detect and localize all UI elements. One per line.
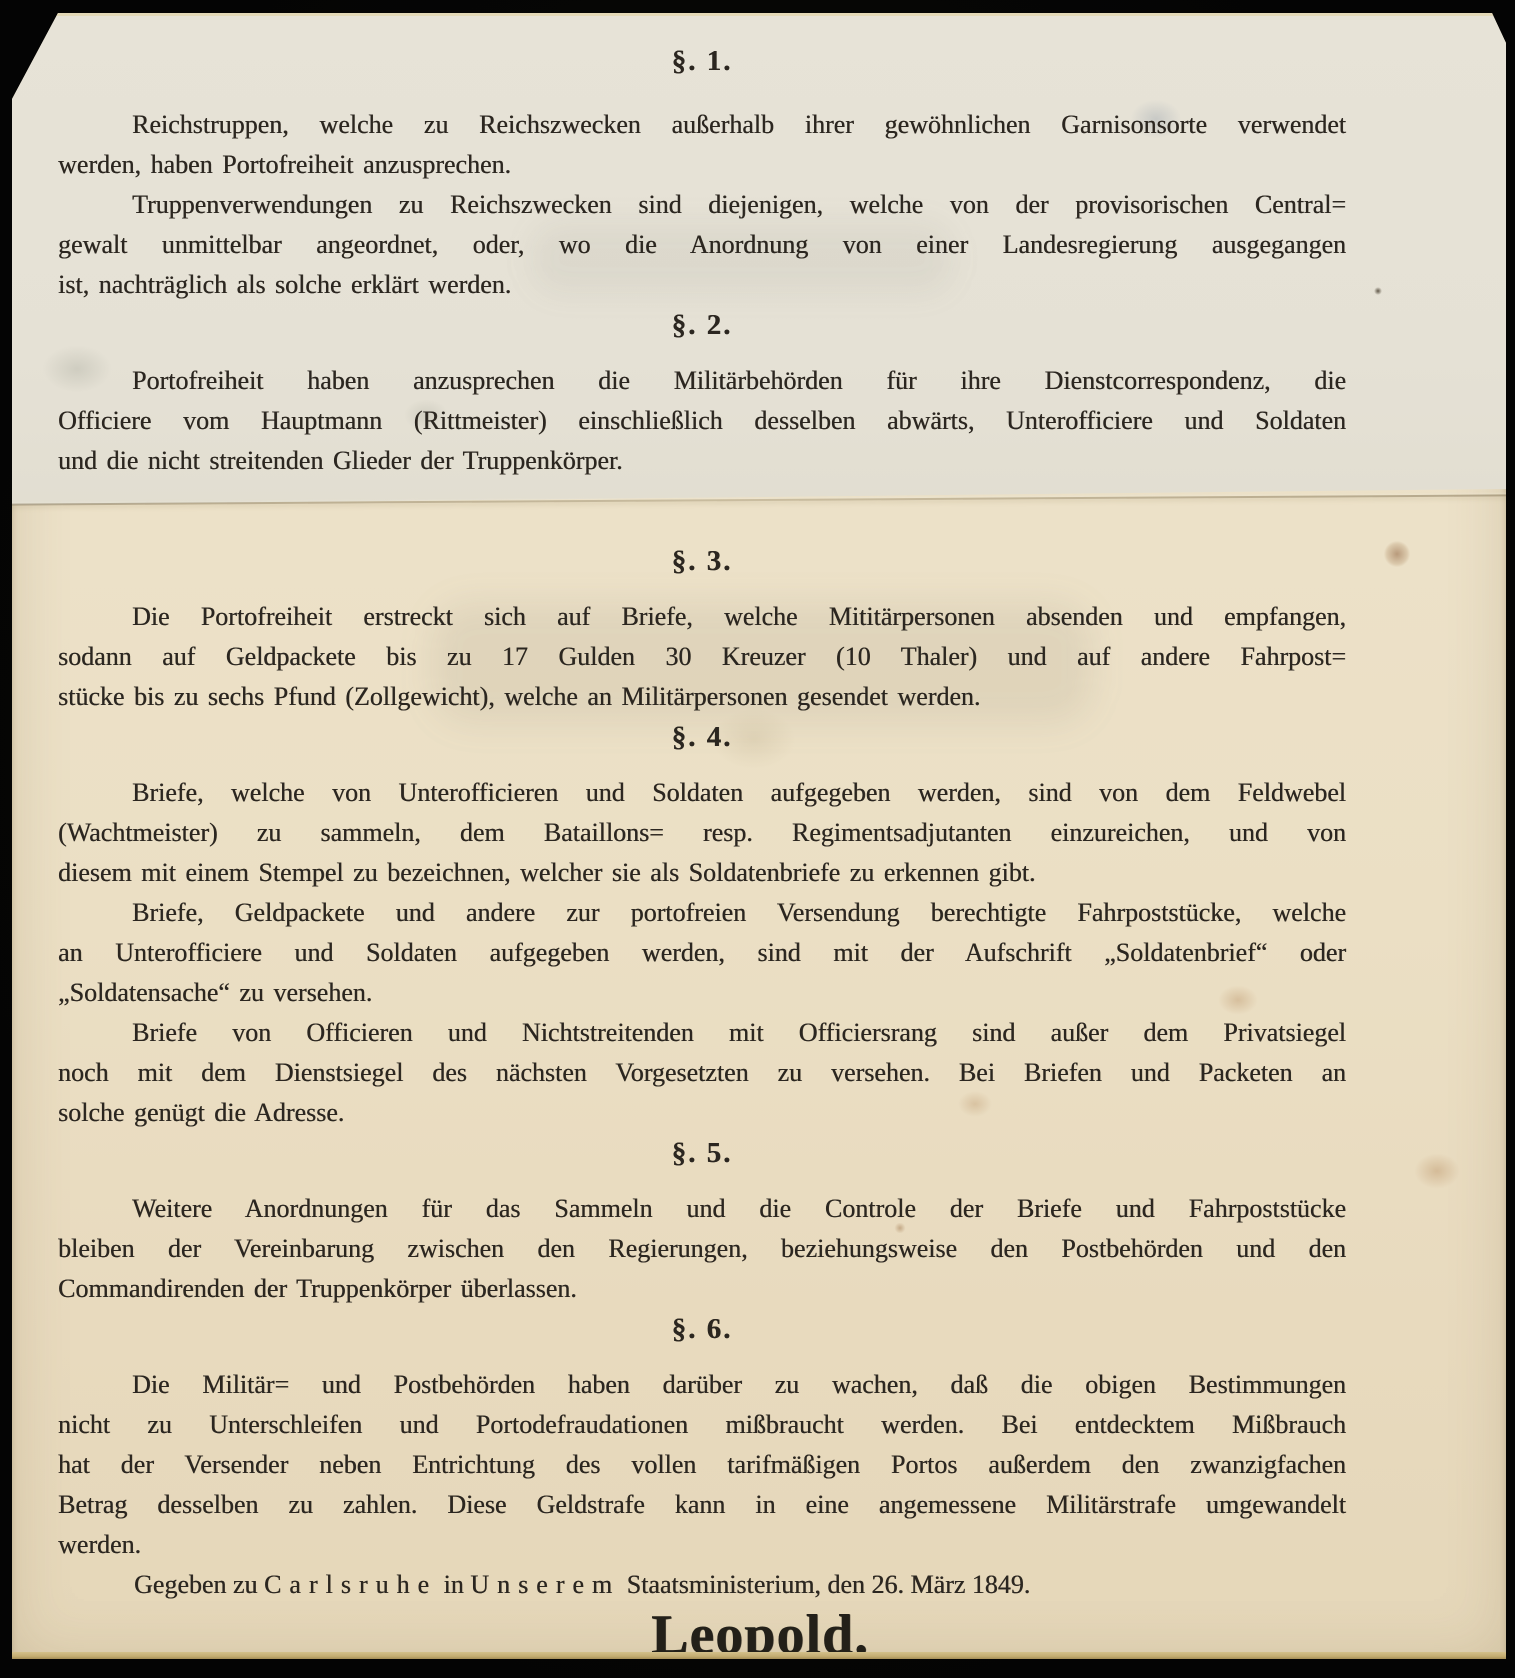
text-line: „Soldatensache“ zu versehen. [58, 973, 1346, 1013]
section-5: §. 5. Weitere Anordnungen für das Sammel… [58, 1133, 1346, 1309]
text-line: Commandirenden der Truppenkörper überlas… [58, 1269, 1346, 1309]
text-line: werden. [58, 1525, 1346, 1565]
text-line: Portofreiheit haben anzusprechen die Mil… [58, 361, 1346, 401]
text-line: stücke bis zu sechs Pfund (Zollgewicht),… [58, 677, 1346, 717]
dateline-prefix: Gegeben zu [134, 1570, 257, 1599]
paragraph: Briefe, Geldpackete und andere zur porto… [58, 893, 1346, 1013]
text-line: hat der Versender neben Entrichtung des … [58, 1445, 1346, 1485]
decree-text: §. 1. Reichstruppen, welche zu Reichszwe… [12, 13, 1506, 1659]
text-line: bleiben der Vereinbarung zwischen den Re… [58, 1229, 1346, 1269]
dateline-middle: in [444, 1570, 464, 1599]
text-line: nicht zu Unterschleifen und Portodefraud… [58, 1405, 1346, 1445]
text-line: solche genügt die Adresse. [58, 1093, 1346, 1133]
text-line: ist, nachträglich als solche erklärt wer… [58, 265, 1346, 305]
paragraph: Briefe, welche von Unterofficieren und S… [58, 773, 1346, 893]
section-2-heading: §. 2. [58, 305, 1346, 345]
section-5-heading: §. 5. [58, 1133, 1346, 1173]
paragraph: Weitere Anordnungen für das Sammeln und … [58, 1189, 1346, 1309]
text-line: Officiere vom Hauptmann (Rittmeister) ei… [58, 401, 1346, 441]
section-2: §. 2. Portofreiheit haben anzusprechen d… [58, 305, 1346, 481]
paragraph: Truppenverwendungen zu Reichszwecken sin… [58, 185, 1346, 305]
dateline-possessive: Unserem [470, 1570, 620, 1599]
section-3-heading: §. 3. [58, 541, 1346, 581]
dateline-place: Carlsruhe [264, 1570, 437, 1599]
paragraph: Briefe von Officieren und Nichtstreitend… [58, 1013, 1346, 1133]
text-line: Die Militär= und Postbehörden haben darü… [58, 1365, 1346, 1405]
text-line: Briefe, welche von Unterofficieren und S… [58, 773, 1346, 813]
section-1: §. 1. Reichstruppen, welche zu Reichszwe… [58, 41, 1346, 305]
text-line: Reichstruppen, welche zu Reichszwecken a… [58, 105, 1346, 145]
paragraph: Portofreiheit haben anzusprechen die Mil… [58, 361, 1346, 481]
dateline-suffix: Staatsministerium, den 26. März 1849. [627, 1570, 1031, 1599]
section-4-heading: §. 4. [58, 717, 1346, 757]
paragraph: Die Militär= und Postbehörden haben darü… [58, 1365, 1346, 1565]
text-line: gewalt unmittelbar angeordnet, oder, wo … [58, 225, 1346, 265]
text-line: Betrag desselben zu zahlen. Diese Geldst… [58, 1485, 1346, 1525]
text-line: Weitere Anordnungen für das Sammeln und … [58, 1189, 1346, 1229]
text-line: an Unterofficiere und Soldaten aufgegebe… [58, 933, 1346, 973]
photo-background: §. 1. Reichstruppen, welche zu Reichszwe… [0, 0, 1515, 1678]
paragraph: Die Portofreiheit erstreckt sich auf Bri… [58, 597, 1346, 717]
text-line: diesem mit einem Stempel zu bezeichnen, … [58, 853, 1346, 893]
section-3: §. 3. Die Portofreiheit erstreckt sich a… [58, 541, 1346, 717]
text-line: sodann auf Geldpackete bis zu 17 Gulden … [58, 637, 1346, 677]
text-line: (Wachtmeister) zu sammeln, dem Bataillon… [58, 813, 1346, 853]
paragraph: Reichstruppen, welche zu Reichszwecken a… [58, 105, 1346, 185]
section-6-heading: §. 6. [58, 1309, 1346, 1349]
paper-bottom-edge [12, 1652, 1506, 1659]
section-4: §. 4. Briefe, welche von Unterofficieren… [58, 717, 1346, 1133]
section-6: §. 6. Die Militär= und Postbehörden habe… [58, 1309, 1346, 1565]
text-line: Truppenverwendungen zu Reichszwecken sin… [58, 185, 1346, 225]
text-line: werden, haben Portofreiheit anzusprechen… [58, 145, 1346, 185]
text-line: Briefe von Officieren und Nichtstreitend… [58, 1013, 1346, 1053]
text-line: noch mit dem Dienstsiegel des nächsten V… [58, 1053, 1346, 1093]
dateline: Gegeben zu Carlsruhe in Unserem Staatsmi… [58, 1565, 1346, 1605]
section-1-heading: §. 1. [58, 41, 1346, 81]
document-paper: §. 1. Reichstruppen, welche zu Reichszwe… [12, 13, 1506, 1659]
text-line: Briefe, Geldpackete und andere zur porto… [58, 893, 1346, 933]
text-line: Die Portofreiheit erstreckt sich auf Bri… [58, 597, 1346, 637]
text-line: und die nicht streitenden Glieder der Tr… [58, 441, 1346, 481]
